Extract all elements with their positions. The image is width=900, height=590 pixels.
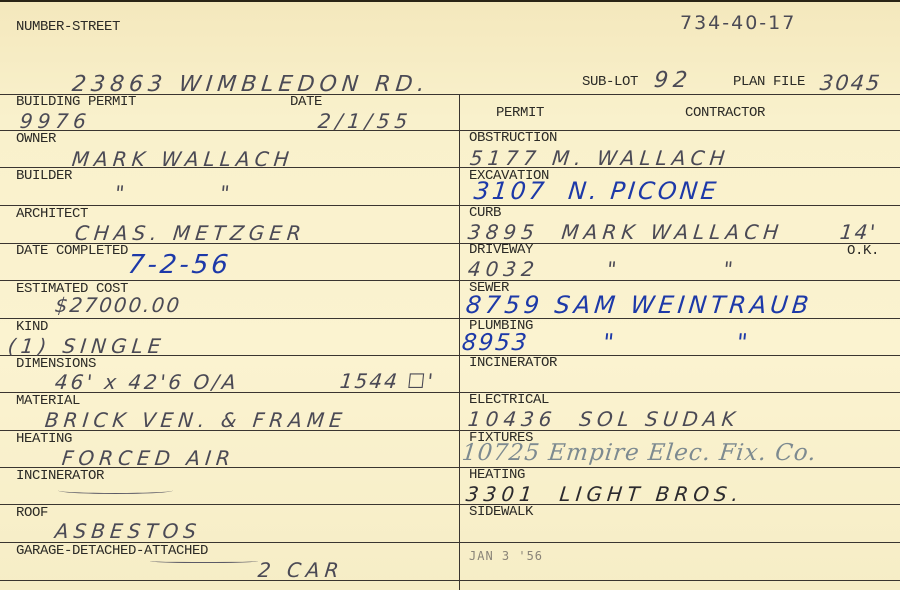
garage-label: GARAGE-DETACHED-ATTACHED (16, 544, 208, 558)
sub-lot-label: SUB-LOT (582, 75, 638, 89)
material-value: BRICK VEN. & FRAME (44, 409, 348, 431)
curb-ok-note: O.K. (847, 244, 879, 258)
divider (0, 504, 900, 505)
driveway-label: DRIVEWAY (469, 243, 533, 257)
heating-label-right: HEATING (469, 468, 525, 482)
kind-value: (1) SINGLE (7, 335, 167, 357)
dimensions-value: 46' x 42'6 O/A (54, 371, 240, 393)
date-completed-label: DATE COMPLETED (16, 244, 128, 258)
excavation-value: 3107 N. PICONE (473, 180, 720, 202)
plan-file-value: 3045 (819, 72, 883, 94)
blank-stroke (58, 487, 173, 494)
electrical-label: ELECTRICAL (469, 393, 549, 407)
builder-label: BUILDER (16, 169, 72, 183)
curb-label: CURB (469, 206, 501, 220)
number-street-label: NUMBER-STREET (16, 20, 120, 34)
column-divider (459, 94, 460, 590)
card-number: 734-40-17 (680, 12, 796, 34)
driveway-value: 4032 " " (467, 258, 739, 280)
incinerator-label: INCINERATOR (16, 469, 104, 483)
sidewalk-label: SIDEWALK (469, 505, 533, 519)
dimensions-label: DIMENSIONS (16, 357, 96, 371)
sub-lot-value: 92 (653, 70, 693, 92)
garage-value: 2 CAR (257, 559, 345, 581)
roof-label: ROOF (16, 506, 48, 520)
received-date-stamp: JAN 3 '56 (469, 549, 543, 563)
divider (0, 130, 900, 131)
permit-header: PERMIT (496, 106, 544, 120)
plan-file-label: PLAN FILE (733, 75, 805, 89)
estimated-cost-value: $27000.00 (54, 294, 182, 316)
incinerator-label-right: INCINERATOR (469, 356, 557, 370)
fixtures-value: 10725 Empire Elec. Fix. Co. (461, 442, 818, 464)
building-permit-value: 9976 (19, 110, 92, 132)
heating-value-right: 3301 LIGHT BROS. (465, 483, 744, 505)
owner-value: MARK WALLACH (71, 148, 295, 170)
material-label: MATERIAL (16, 394, 80, 408)
heating-label: HEATING (16, 432, 72, 446)
electrical-value: 10436 SOL SUDAK (467, 408, 741, 430)
roof-value: ASBESTOS (54, 520, 202, 542)
blank-stroke (150, 558, 258, 563)
contractor-header: CONTRACTOR (685, 106, 765, 120)
building-permit-card: NUMBER-STREET 734-40-17 23863 WIMBLEDON … (0, 0, 900, 590)
date-completed-value: 7-2-56 (127, 254, 232, 276)
architect-label: ARCHITECT (16, 207, 88, 221)
building-permit-label: BUILDING PERMIT (16, 95, 136, 109)
heating-value: FORCED AIR (61, 447, 236, 469)
date-value: 2/1/55 (317, 110, 414, 132)
obstruction-label: OBSTRUCTION (469, 131, 557, 145)
divider (0, 580, 900, 581)
curb-value: 3895 MARK WALLACH (467, 221, 785, 243)
date-label: DATE (290, 95, 322, 109)
obstruction-value: 5177 M. WALLACH (469, 147, 731, 169)
address-value: 23863 WIMBLEDON RD. (71, 74, 431, 96)
architect-value: CHAS. METZGER (74, 222, 307, 244)
divider (0, 280, 900, 281)
plumbing-value: 8953 " " (461, 332, 751, 354)
dimensions-area-value: 1544 ☐' (339, 370, 436, 392)
curb-length-value: 14' (839, 221, 878, 243)
sewer-value: 8759 SAM WEINTRAUB (465, 294, 814, 316)
builder-value: " " (114, 182, 236, 204)
owner-label: OWNER (16, 132, 56, 146)
divider (0, 205, 900, 206)
kind-label: KIND (16, 320, 48, 334)
